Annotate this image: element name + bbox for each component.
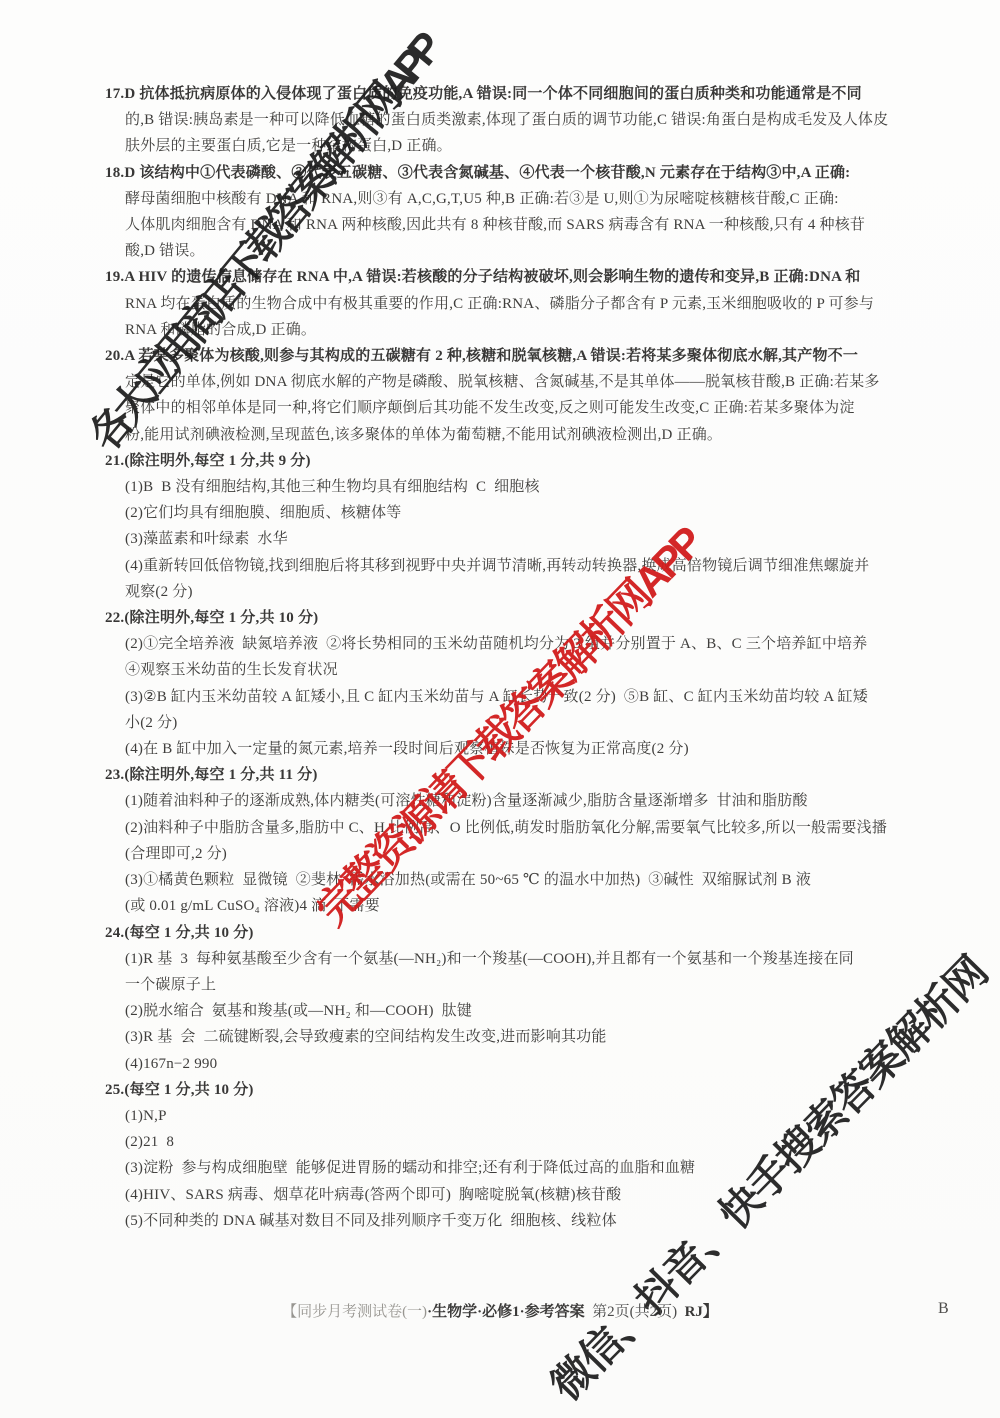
answer-line: 酸,D 错误。: [125, 238, 915, 264]
answer-line: 24.(每空 1 分,共 10 分): [105, 920, 915, 946]
footer-spacer: [677, 1304, 685, 1320]
answer-line: (1)N,P: [125, 1103, 915, 1129]
answer-item-25: 25.(每空 1 分,共 10 分)(1)N,P(2)21 8(3)淀粉 参与构…: [105, 1077, 915, 1234]
answer-line: 定是它的单体,例如 DNA 彻底水解的产物是磷酸、脱氧核糖、含氮碱基,不是其单体…: [125, 369, 915, 395]
answer-line: 21.(除注明外,每空 1 分,共 9 分): [105, 448, 915, 474]
answers-list: 17.D 抗体抵抗病原体的入侵体现了蛋白质的免疫功能,A 错误:同一个体不同细胞…: [105, 81, 915, 1234]
answer-line: RNA 均在蛋白质的生物合成中有极其重要的作用,C 正确:RNA、磷脂分子都含有…: [125, 291, 915, 317]
answer-line: (2)脱水缩合 氨基和羧基(或—NH₂ 和—COOH) 肽键: [125, 998, 915, 1024]
answer-line: 小(2 分): [125, 710, 915, 736]
answer-line: (3)藻蓝素和叶绿素 水华: [125, 526, 915, 552]
answer-item-17: 17.D 抗体抵抗病原体的入侵体现了蛋白质的免疫功能,A 错误:同一个体不同细胞…: [105, 81, 915, 160]
answer-line: 23.(除注明外,每空 1 分,共 11 分): [105, 762, 915, 788]
answer-line: 19.A HIV 的遗传信息储存在 RNA 中,A 错误:若核酸的分子结构被破坏…: [105, 264, 915, 290]
answer-line: 一个碳原子上: [125, 972, 915, 998]
answer-line: 粉,能用试剂碘液检测,呈现蓝色,该多聚体的单体为葡萄糖,不能用试剂碘液检测出,D…: [125, 422, 915, 448]
footer-corner-mark: B: [938, 1300, 949, 1318]
answer-line: (2)油料种子中脂肪含量多,脂肪中 C、H 比例高、O 比例低,萌发时脂肪氧化分…: [125, 815, 915, 841]
answer-line: (1)随着油料种子的逐渐成熟,体内糖类(可溶性糖和淀粉)含量逐渐减少,脂肪含量逐…: [125, 788, 915, 814]
answer-line: ④观察玉米幼苗的生长发育状况: [125, 657, 915, 683]
answer-line: (合理即可,2 分): [125, 841, 915, 867]
answer-line: (1)B B 没有细胞结构,其他三种生物均具有细胞结构 C 细胞核: [125, 474, 915, 500]
answer-line: RNA 和磷脂的合成,D 正确。: [125, 317, 915, 343]
answer-line: 25.(每空 1 分,共 10 分): [105, 1077, 915, 1103]
answer-line: (5)不同种类的 DNA 碱基对数目不同及排列顺序千变万化 细胞核、线粒体: [125, 1208, 915, 1234]
answer-item-22: 22.(除注明外,每空 1 分,共 10 分)(2)①完全培养液 缺氮培养液 ②…: [105, 605, 915, 762]
answer-item-19: 19.A HIV 的遗传信息储存在 RNA 中,A 错误:若核酸的分子结构被破坏…: [105, 264, 915, 343]
answer-line: 18.D 该结构中①代表磷酸、②代表五碳糖、③代表含氮碱基、④代表一个核苷酸,N…: [105, 160, 915, 186]
footer-spacer: [585, 1304, 593, 1320]
answer-item-21: 21.(除注明外,每空 1 分,共 9 分)(1)B B 没有细胞结构,其他三种…: [105, 448, 915, 605]
answer-line: 人体肌肉细胞含有 DNA 和 RNA 两种核酸,因此共有 8 种核苷酸,而 SA…: [125, 212, 915, 238]
answer-line: (4)167n−2 990: [125, 1051, 915, 1077]
answer-item-24: 24.(每空 1 分,共 10 分)(1)R 基 3 每种氨基酸至少含有一个氨基…: [105, 920, 915, 1077]
answer-line: 20.A 若某多聚体为核酸,则参与其构成的五碳糖有 2 种,核糖和脱氧核糖,A …: [105, 343, 915, 369]
answer-line: (3)②B 缸内玉米幼苗较 A 缸矮小,且 C 缸内玉米幼苗与 A 缸长势一致(…: [125, 684, 915, 710]
answer-line: (或 0.01 g/mL CuSO₄ 溶液)4 滴 不需要: [125, 893, 915, 919]
answer-line: (3)淀粉 参与构成细胞壁 能够促进胃肠的蠕动和排空;还有利于降低过高的血脂和血…: [125, 1155, 915, 1181]
answer-line: 酵母菌细胞中核酸有 DNA 和 RNA,则③有 A,C,G,T,U5 种,B 正…: [125, 186, 915, 212]
footer-page-number: 第2页(共2页): [592, 1304, 677, 1320]
answer-line: (4)在 B 缸中加入一定量的氮元素,培养一段时间后观察植株是否恢复为正常高度(…: [125, 736, 915, 762]
footer-booklet-title: 【同步月考测试卷(一): [282, 1304, 427, 1320]
page-footer: 【同步月考测试卷(一)·生物学·必修1·参考答案 第2页(共2页) RJ】: [0, 1300, 1000, 1321]
answer-line: 的,B 错误:胰岛素是一种可以降低血糖的蛋白质类激素,体现了蛋白质的调节功能,C…: [125, 107, 915, 133]
scanned-answer-page: 17.D 抗体抵抗病原体的入侵体现了蛋白质的免疫功能,A 错误:同一个体不同细胞…: [0, 0, 1000, 1418]
answer-line: 肤外层的主要蛋白质,它是一种结构蛋白,D 正确。: [125, 133, 915, 159]
answer-line: (4)HIV、SARS 病毒、烟草花叶病毒(答两个即可) 胸嘧啶脱氧(核糖)核苷…: [125, 1182, 915, 1208]
answer-line: (2)①完全培养液 缺氮培养液 ②将长势相同的玉米幼苗随机均分为 3 组并分别置…: [125, 631, 915, 657]
answer-line: (4)重新转回低倍物镜,找到细胞后将其移到视野中央并调节清晰,再转动转换器,换成…: [125, 553, 915, 579]
answer-line: (1)R 基 3 每种氨基酸至少含有一个氨基(—NH₂)和一个羧基(—COOH)…: [125, 946, 915, 972]
answer-item-20: 20.A 若某多聚体为核酸,则参与其构成的五碳糖有 2 种,核糖和脱氧核糖,A …: [105, 343, 915, 448]
answer-line: (3)①橘黄色颗粒 显微镜 ②斐林 需水浴加热(或需在 50~65 ℃ 的温水中…: [125, 867, 915, 893]
answer-item-23: 23.(除注明外,每空 1 分,共 11 分)(1)随着油料种子的逐渐成熟,体内…: [105, 762, 915, 919]
answer-line: 17.D 抗体抵抗病原体的入侵体现了蛋白质的免疫功能,A 错误:同一个体不同细胞…: [105, 81, 915, 107]
answer-line: (2)它们均具有细胞膜、细胞质、核糖体等: [125, 500, 915, 526]
answer-line: (3)R 基 会 二硫键断裂,会导致瘦素的空间结构发生改变,进而影响其功能: [125, 1024, 915, 1050]
answer-line: 22.(除注明外,每空 1 分,共 10 分): [105, 605, 915, 631]
answer-line: 观察(2 分): [125, 579, 915, 605]
answer-item-18: 18.D 该结构中①代表磷酸、②代表五碳糖、③代表含氮碱基、④代表一个核苷酸,N…: [105, 160, 915, 265]
answer-line: 聚体中的相邻单体是同一种,将它们顺序颠倒后其功能不发生改变,反之则可能发生改变,…: [125, 395, 915, 421]
footer-subject-title: ·生物学·必修1·参考答案: [427, 1304, 585, 1320]
answer-line: (2)21 8: [125, 1129, 915, 1155]
footer-edition-code: RJ】: [685, 1304, 718, 1320]
